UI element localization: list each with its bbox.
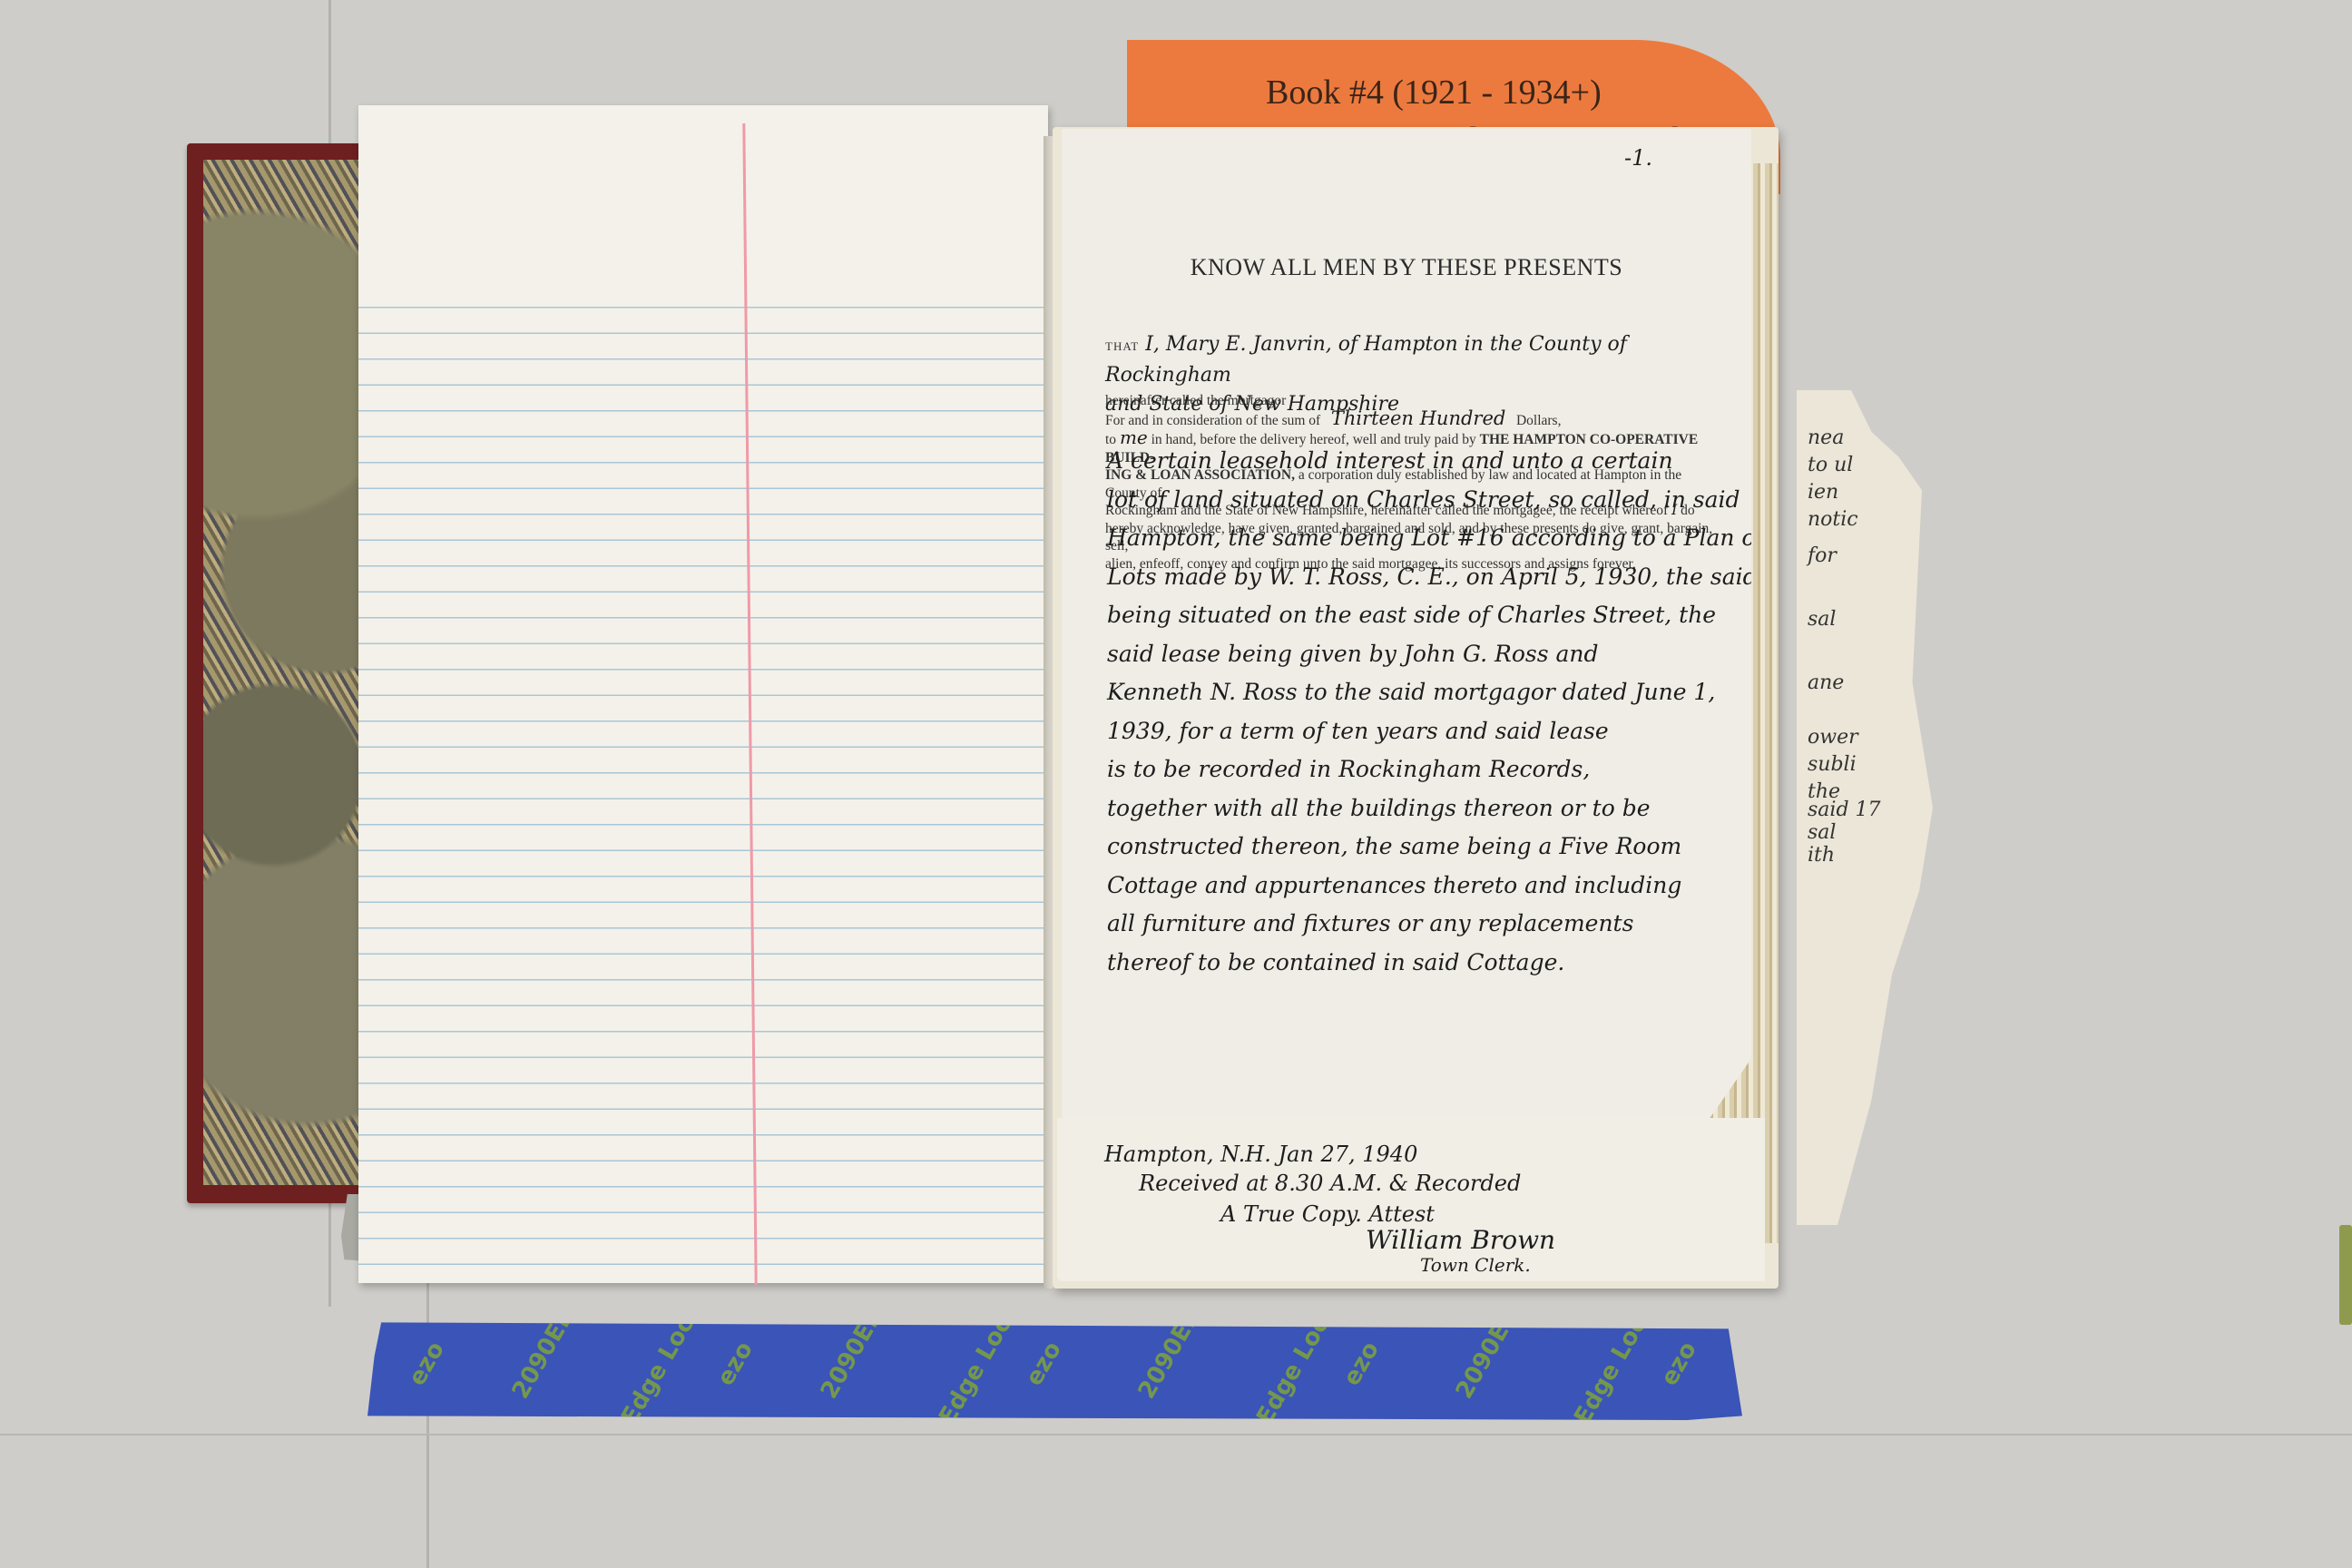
tape-print: Edge Lock xyxy=(1569,1314,1660,1420)
fragment-text: notic xyxy=(1808,508,1858,531)
form-heading: KNOW ALL MEN BY THESE PRESENTS xyxy=(1062,254,1751,281)
metal-clip xyxy=(2339,1225,2352,1325)
fragment-text: nea xyxy=(1808,426,1844,449)
handwritten-line: all furniture and fixtures or any replac… xyxy=(1107,905,1742,944)
book-cover xyxy=(187,143,377,1203)
tape-print: 2090EL xyxy=(816,1314,887,1404)
handwritten-line: constructed thereon, the same being a Fi… xyxy=(1107,828,1742,867)
fragment-text: ien xyxy=(1808,481,1838,504)
handwritten-description: A certain leasehold interest in and unto… xyxy=(1107,442,1742,982)
marbled-endpaper xyxy=(203,160,377,1185)
handwritten-line: Cottage and appurtenances thereto and in… xyxy=(1107,867,1742,906)
margin-line xyxy=(742,123,757,1285)
fragment-text: said 17 xyxy=(1808,799,1881,821)
table-seam xyxy=(426,1270,429,1568)
tape-print: 2090EL xyxy=(1451,1314,1523,1404)
tape-print: Edge Lock xyxy=(1251,1314,1342,1420)
fragment-text: sal xyxy=(1808,821,1836,844)
handwritten-line: Hampton, the same being Lot #16 accordin… xyxy=(1107,519,1742,558)
tape-print: Edge Lock xyxy=(934,1314,1024,1420)
fragment-text: for xyxy=(1808,544,1837,567)
handwritten-line: A certain leasehold interest in and unto… xyxy=(1107,442,1742,481)
tab-title: Book #4 (1921 - 1934+) xyxy=(1266,73,1602,113)
handwritten-line: thereof to be contained in said Cottage. xyxy=(1107,944,1742,983)
clerk-title: Town Clerk. xyxy=(1420,1254,1531,1276)
that-label: THAT xyxy=(1105,339,1139,353)
handwritten-line: lot of land situated on Charles Street, … xyxy=(1107,481,1742,520)
tape-print: 2090EL xyxy=(507,1314,579,1404)
tape-print: ezo xyxy=(712,1338,759,1391)
handwritten-line: said lease being given by John G. Ross a… xyxy=(1107,635,1742,674)
tape-print: ezo xyxy=(1656,1338,1702,1391)
handwritten-line: 1939, for a term of ten years and said l… xyxy=(1107,712,1742,751)
clerk-signature: William Brown xyxy=(1366,1225,1555,1255)
handwritten-line: Lots made by W. T. Ross, C. E., on April… xyxy=(1107,558,1742,597)
tape-print: Edge Lock xyxy=(616,1314,707,1420)
grantor-line-1: I, Mary E. Janvrin, of Hampton in the Co… xyxy=(1105,333,1627,387)
fragment-text: subli xyxy=(1808,753,1857,776)
handwritten-line: Kenneth N. Ross to the said mortgagor da… xyxy=(1107,673,1742,712)
tape-print: 2090EL xyxy=(1133,1314,1205,1404)
sum-handwritten: Thirteen Hundred xyxy=(1331,407,1506,429)
handwritten-line: together with all the buildings thereon … xyxy=(1107,789,1742,828)
page-number: -1. xyxy=(1624,145,1652,171)
mortgage-deed-form: -1. KNOW ALL MEN BY THESE PRESENTS THAT … xyxy=(1062,129,1751,1118)
tape-print: ezo xyxy=(1338,1338,1385,1391)
fragment-text: ane xyxy=(1808,671,1844,694)
record-place-date: Hampton, N.H. Jan 27, 1940 xyxy=(1104,1142,1417,1167)
record-attest: A True Copy. Attest xyxy=(1220,1201,1435,1227)
tape-print: ezo xyxy=(1021,1338,1067,1391)
fragment-text: to ul xyxy=(1808,454,1853,476)
table-seam xyxy=(0,1434,2352,1436)
fragment-text: ith xyxy=(1808,844,1835,867)
book-gutter xyxy=(1044,136,1053,1289)
tape-print: ezo xyxy=(404,1338,450,1391)
handwritten-line: being situated on the east side of Charl… xyxy=(1107,596,1742,635)
fragment-text: ower xyxy=(1808,726,1858,749)
recording-note-area: Hampton, N.H. Jan 27, 1940 Received at 8… xyxy=(1057,1118,1765,1281)
consideration-line: For and in consideration of the sum of T… xyxy=(1105,410,1722,430)
left-lined-page xyxy=(358,105,1048,1283)
blue-painters-tape: ezo 2090EL Edge Lock ezo 2090EL Edge Loc… xyxy=(367,1314,1742,1420)
fragment-text: sal xyxy=(1808,608,1836,631)
record-received: Received at 8.30 A.M. & Recorded xyxy=(1139,1171,1521,1196)
handwritten-line: is to be recorded in Rockingham Records, xyxy=(1107,750,1742,789)
